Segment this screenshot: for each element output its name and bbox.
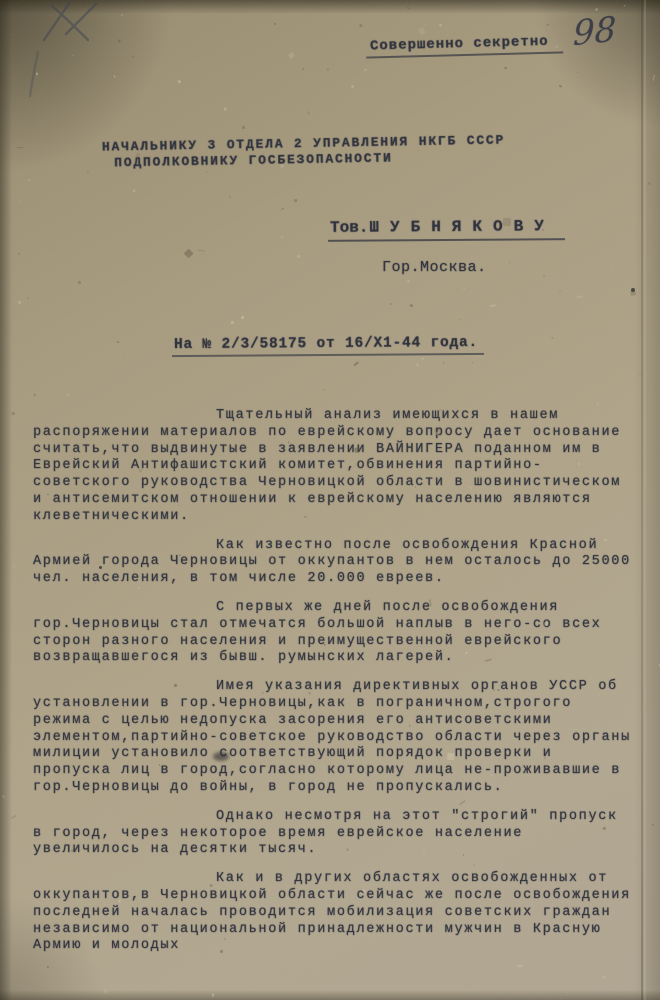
document-body: Тщательный анализ имеющихся в нашем расп… — [33, 408, 631, 967]
paper-fiber — [20, 201, 22, 203]
paper-fiber — [224, 108, 227, 111]
paper-fiber — [36, 72, 38, 75]
paper-fiber — [545, 23, 549, 26]
paper-fiber — [471, 362, 472, 363]
paper-fiber — [407, 6, 410, 9]
paper-fiber — [281, 207, 284, 210]
paper-fiber — [652, 75, 655, 81]
paper-fiber — [274, 22, 277, 25]
paper-fiber — [66, 394, 69, 396]
paper-fiber — [416, 364, 420, 368]
paper-fiber — [323, 388, 325, 390]
paper-fiber — [13, 564, 16, 567]
paper-fiber — [623, 5, 625, 7]
paper-fiber — [364, 68, 368, 71]
paper-fiber — [132, 56, 135, 58]
paper-fiber — [28, 179, 32, 182]
paper-fiber — [113, 74, 115, 77]
paper-fiber — [551, 337, 553, 339]
paper-fold-line — [641, 0, 643, 1000]
paper-fiber — [288, 52, 295, 59]
paper-fiber — [410, 304, 414, 308]
paper-speck — [631, 288, 635, 292]
page-number-handwritten: 98 — [572, 10, 616, 55]
paper-fiber — [133, 189, 136, 192]
addressee-line: Тов.ШУБНЯКОВУ — [328, 217, 565, 242]
paper-fiber — [638, 372, 641, 375]
recipient-address: НАЧАЛЬНИКУ 3 ОТДЕЛА 2 УПРАВЛЕНИЯ НКГБ СС… — [102, 132, 506, 171]
paper-fiber — [280, 236, 283, 239]
paper-fiber — [325, 67, 329, 71]
paper-fiber — [559, 85, 562, 88]
paper-fiber — [17, 300, 21, 304]
paper-fiber — [231, 321, 235, 325]
document-paragraph: Как известно после освобождения Красной … — [33, 538, 631, 588]
paper-fiber — [294, 199, 298, 203]
paper-fiber — [183, 248, 193, 258]
pencil-scribble — [8, 0, 158, 120]
paper-fiber — [87, 171, 89, 173]
paper-fiber — [26, 297, 28, 299]
paper-fiber — [559, 290, 561, 292]
paper-fiber — [121, 13, 124, 15]
paper-fiber — [74, 379, 76, 380]
paper-fiber — [211, 993, 214, 997]
paper-fiber — [406, 279, 410, 283]
city-line: Гор.Москва. — [382, 259, 487, 276]
paper-fiber — [560, 998, 561, 999]
paper-fiber — [296, 255, 301, 260]
paper-fiber — [18, 253, 20, 256]
addressee-salutation: Тов. — [330, 219, 369, 237]
paper-fiber — [418, 27, 426, 35]
paper-fiber — [350, 85, 354, 89]
paper-fiber — [242, 126, 246, 130]
paper-fiber — [77, 281, 80, 284]
paper-fiber — [229, 195, 231, 197]
paper-fiber — [648, 181, 652, 185]
paper-fiber — [205, 171, 207, 174]
paper-fiber — [119, 40, 121, 43]
paper-fiber — [508, 261, 510, 264]
paper-fiber — [382, 321, 384, 323]
paper-fiber — [282, 205, 283, 206]
paper-fiber — [307, 111, 309, 114]
paper-fiber — [613, 266, 615, 268]
document-paragraph: Однако несмотря на этот "строгий" пропус… — [33, 809, 631, 859]
paper-fiber — [577, 71, 579, 73]
paper-fiber — [104, 989, 107, 992]
paper-fiber — [652, 824, 654, 826]
paper-fiber — [631, 290, 636, 295]
paper-fiber — [460, 319, 462, 321]
paper-fiber — [597, 402, 599, 404]
paper-fiber — [490, 304, 496, 306]
paper-fiber — [241, 315, 244, 318]
classification-stamp: Совершенно секретно — [366, 33, 563, 58]
paper-fiber — [353, 361, 359, 366]
paper-fiber — [72, 55, 74, 57]
addressee-name: ШУБНЯКОВУ — [369, 217, 555, 236]
document-page: Совершенно секретно 98 НАЧАЛЬНИКУ 3 ОТДЕ… — [0, 0, 660, 1000]
paper-fiber — [421, 358, 424, 359]
paper-fold-highlight — [644, 0, 646, 1000]
paper-fiber — [390, 302, 392, 304]
document-paragraph: Как и в других областях освобожденных от… — [33, 871, 631, 955]
reference-line: На № 2/3/58175 от 16/Х1-44 года. — [172, 335, 484, 357]
paper-fiber — [197, 249, 205, 251]
paper-fiber — [443, 362, 445, 364]
paper-fiber — [463, 288, 465, 290]
paper-fiber — [11, 815, 17, 820]
document-paragraph: Тщательный анализ имеющихся в нашем расп… — [33, 408, 631, 526]
paper-fiber — [116, 341, 119, 344]
paper-fiber — [302, 67, 305, 70]
paper-fiber — [177, 79, 181, 83]
paper-fiber — [576, 295, 583, 298]
paper-fiber — [602, 975, 605, 978]
paper-fiber — [2, 795, 5, 798]
document-paragraph: С первых же дней после освобождения гор.… — [33, 600, 631, 667]
paper-fiber — [12, 411, 15, 414]
paper-fiber — [504, 67, 508, 70]
paper-fiber — [17, 147, 24, 148]
document-paragraph: Имея указания директивных органов УССР о… — [33, 679, 631, 797]
paper-fiber — [33, 394, 35, 397]
paper-fiber — [358, 24, 363, 29]
paper-fiber — [438, 23, 441, 26]
paper-fiber — [543, 275, 546, 278]
paper-fiber — [425, 25, 427, 27]
paper-fiber — [124, 355, 125, 356]
